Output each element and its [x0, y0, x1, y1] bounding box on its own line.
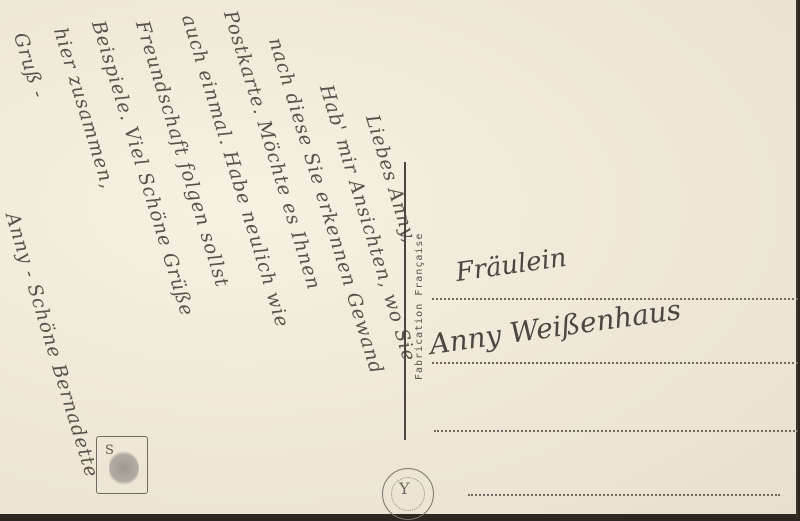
address-line-1 — [432, 298, 798, 300]
recipient-title: Fräulein — [454, 243, 569, 288]
postmark-symbol: Y — [399, 479, 410, 498]
message-line: Gruß - — [9, 30, 50, 101]
manufacturer-label: Fabrication Française — [414, 233, 425, 380]
publisher-emblem: S — [96, 436, 148, 494]
handwritten-message: Liebes Anny, Hab' mir Ansichten, wo Sie … — [0, 0, 400, 521]
divider-line — [404, 162, 406, 440]
emblem-figure-icon — [109, 451, 139, 485]
postmark-stamp: Y — [382, 468, 434, 520]
address-line-4 — [468, 494, 780, 496]
postcard-back: Liebes Anny, Hab' mir Ansichten, wo Sie … — [0, 0, 798, 518]
address-line-2 — [432, 362, 798, 364]
message-line: Anny - Schöne Bernadette — [1, 210, 103, 480]
recipient-name: Anny Weißenhaus — [427, 293, 683, 361]
address-line-3 — [434, 430, 798, 432]
